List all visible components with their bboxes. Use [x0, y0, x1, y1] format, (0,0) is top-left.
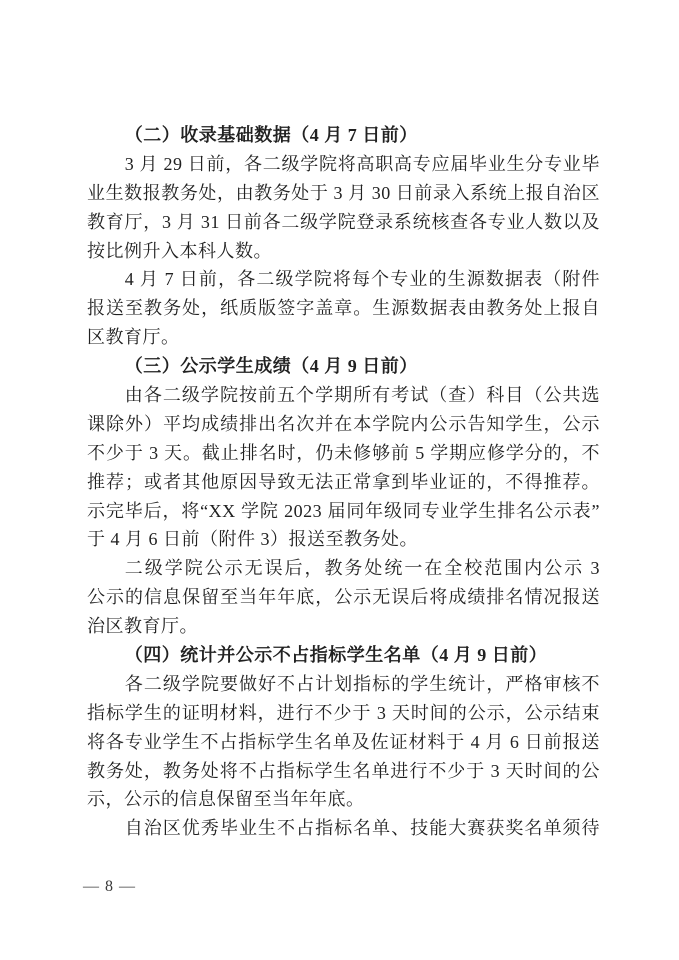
- heading-line: （二）收录基础数据（4 月 7 日前）: [87, 121, 600, 150]
- paragraph: 由各二级学院按前五个学期所有考试（查）科目（公共选修课除外）平均成绩排出名次并在…: [87, 381, 600, 554]
- text-line: 示，公示的信息保留至当年年底。: [87, 785, 600, 814]
- text-line: 由各二级学院按前五个学期所有考试（查）科目（公共选修: [87, 381, 600, 410]
- document-page: （二）收录基础数据（4 月 7 日前）3 月 29 日前，各二级学院将高职高专应…: [0, 0, 679, 960]
- text-line: 指标学生的证明材料，进行不少于 3 天时间的公示，公示结束后，: [87, 699, 600, 728]
- heading-line: （三）公示学生成绩（4 月 9 日前）: [87, 352, 600, 381]
- document-body: （二）收录基础数据（4 月 7 日前）3 月 29 日前，各二级学院将高职高专应…: [87, 121, 600, 843]
- text-line: 区教育厅。: [87, 323, 600, 352]
- text-line: 课除外）平均成绩排出名次并在本学院内公示告知学生，公示期: [87, 410, 600, 439]
- paragraph: 自治区优秀毕业生不占指标名单、技能大赛获奖名单须待上: [87, 814, 600, 843]
- heading-line: （四）统计并公示不占指标学生名单（4 月 9 日前）: [87, 641, 600, 670]
- text-line: 自治区优秀毕业生不占指标名单、技能大赛获奖名单须待上: [87, 814, 600, 843]
- text-line: 二级学院公示无误后，教务处统一在全校范围内公示 3 天，: [87, 554, 600, 583]
- paragraph: 3 月 29 日前，各二级学院将高职高专应届毕业生分专业毕业生数报教务处，由教务…: [87, 150, 600, 266]
- text-line: 不少于 3 天。截止排名时，仍未修够前 5 学期应修学分的，不得: [87, 439, 600, 468]
- text-line: 将各专业学生不占指标学生名单及佐证材料于 4 月 6 日前报送至: [87, 728, 600, 757]
- section-heading: （四）统计并公示不占指标学生名单（4 月 9 日前）: [87, 641, 600, 670]
- text-line: 3 月 29 日前，各二级学院将高职高专应届毕业生分专业毕: [87, 150, 600, 179]
- text-line: 业生数报教务处，由教务处于 3 月 30 日前录入系统上报自治区: [87, 179, 600, 208]
- text-line: 示完毕后，将“XX 学院 2023 届同年级同专业学生排名公示表”: [87, 497, 600, 526]
- paragraph: 二级学院公示无误后，教务处统一在全校范围内公示 3 天，公示的信息保留至当年年底…: [87, 554, 600, 641]
- page-number: — 8 —: [83, 877, 136, 897]
- text-line: 各二级学院要做好不占计划指标的学生统计，严格审核不占: [87, 670, 600, 699]
- text-line: 报送至教务处，纸质版签字盖章。生源数据表由教务处上报自治: [87, 294, 600, 323]
- text-line: 于 4 月 6 日前（附件 3）报送至教务处。: [87, 525, 600, 554]
- section-heading: （二）收录基础数据（4 月 7 日前）: [87, 121, 600, 150]
- section-heading: （三）公示学生成绩（4 月 9 日前）: [87, 352, 600, 381]
- text-line: 教务处，教务处将不占指标学生名单进行不少于 3 天时间的公: [87, 757, 600, 786]
- text-line: 按比例升入本科人数。: [87, 237, 600, 266]
- text-line: 教育厅，3 月 31 日前各二级学院登录系统核查各专业人数以及: [87, 208, 600, 237]
- text-line: 4 月 7 日前，各二级学院将每个专业的生源数据表（附件 2）: [87, 265, 600, 294]
- text-line: 公示的信息保留至当年年底，公示无误后将成绩排名情况报送自: [87, 583, 600, 612]
- text-line: 治区教育厅。: [87, 612, 600, 641]
- paragraph: 各二级学院要做好不占计划指标的学生统计，严格审核不占指标学生的证明材料，进行不少…: [87, 670, 600, 814]
- text-line: 推荐；或者其他原因导致无法正常拿到毕业证的，不得推荐。公: [87, 468, 600, 497]
- paragraph: 4 月 7 日前，各二级学院将每个专业的生源数据表（附件 2）报送至教务处，纸质…: [87, 265, 600, 352]
